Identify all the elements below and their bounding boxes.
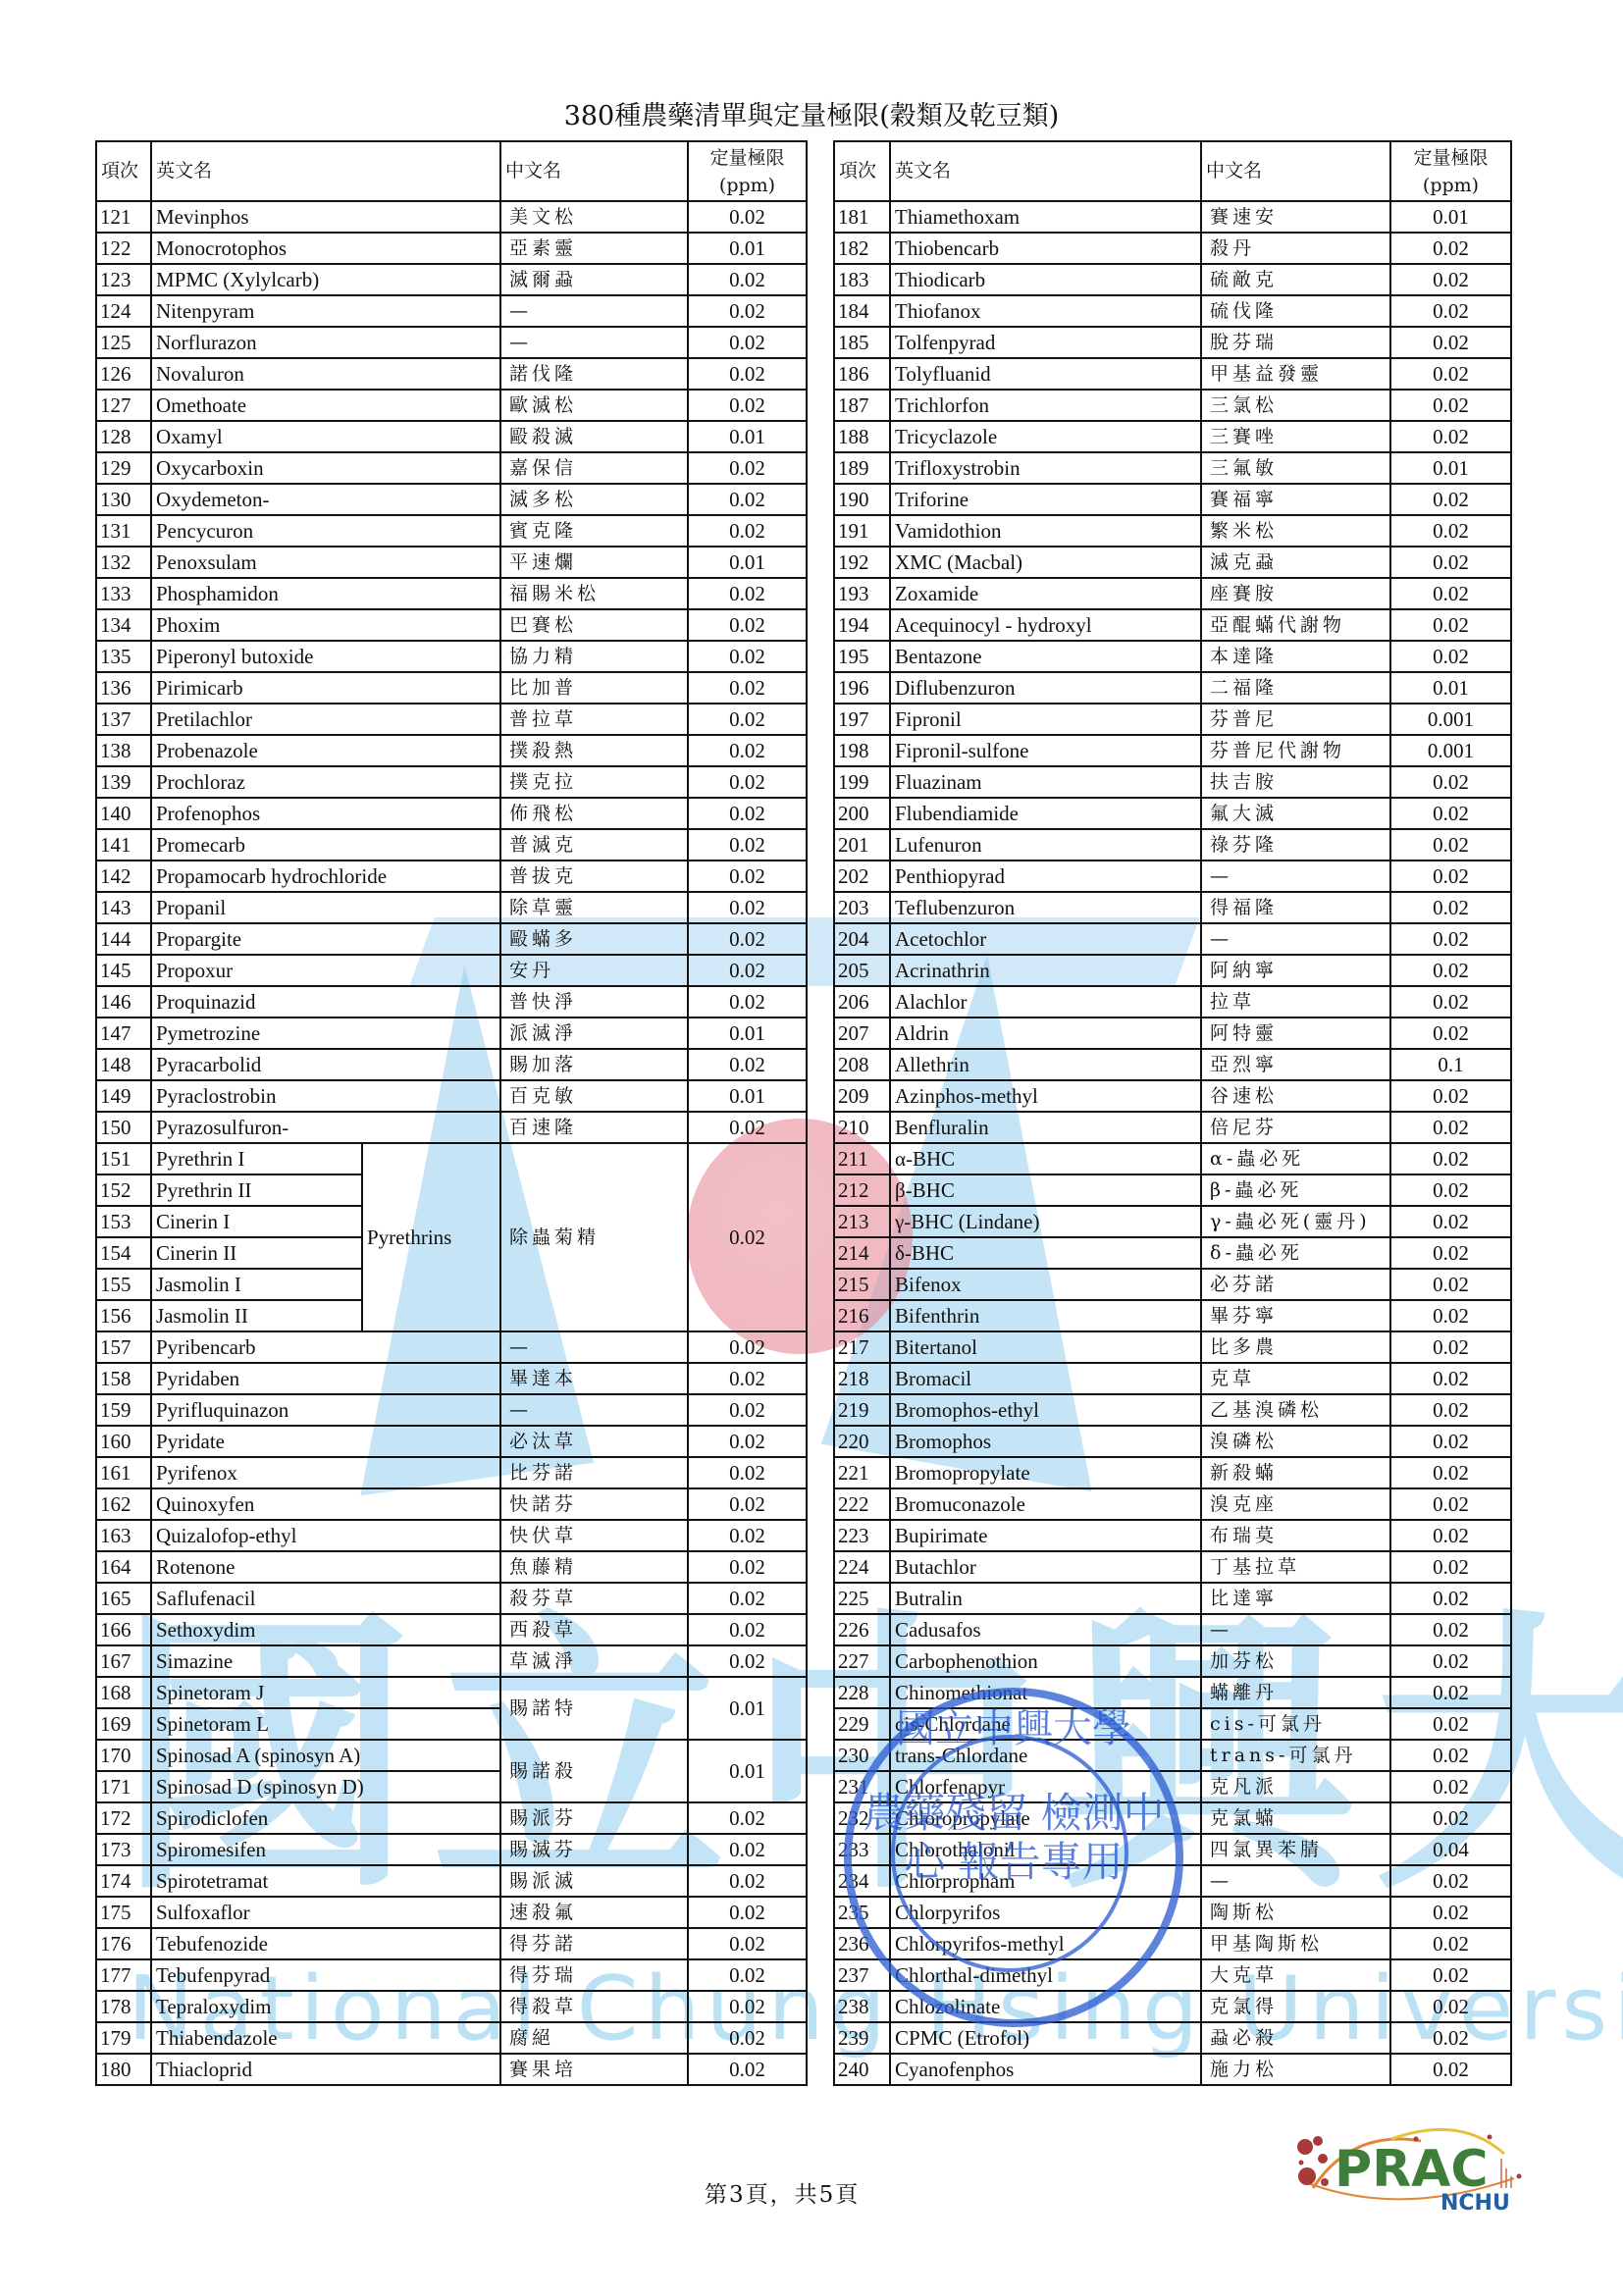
quantitation-limit: 0.02 <box>1390 1080 1511 1112</box>
quantitation-limit: 0.02 <box>688 704 807 735</box>
quantitation-limit: 0.001 <box>1390 704 1511 735</box>
quantitation-limit: 0.02 <box>688 798 807 829</box>
page-number: 第3頁，共5頁 <box>705 2176 860 2209</box>
row-index: 172 <box>96 1802 151 1834</box>
quantitation-limit: 0.02 <box>1390 1457 1511 1488</box>
quantitation-limit: 0.02 <box>1390 1740 1511 1771</box>
chinese-name: 嘉保信 <box>500 452 688 484</box>
quantitation-limit: 0.1 <box>1390 1049 1511 1080</box>
table-row: 139Prochloraz撲克拉0.02 <box>96 766 807 798</box>
chinese-name: 賽福寧 <box>1201 484 1390 515</box>
english-name: Pyribencarb <box>151 1331 500 1363</box>
chinese-name: 亞醌蟎代謝物 <box>1201 609 1390 641</box>
table-header-row: 項次 英文名 中文名 定量極限 (ppm) <box>96 141 807 201</box>
row-index: 180 <box>96 2054 151 2085</box>
chinese-name: 畢達本 <box>500 1363 688 1394</box>
row-index: 207 <box>834 1018 890 1049</box>
header-quantitation-limit: 定量極限 (ppm) <box>1390 141 1511 201</box>
row-index: 224 <box>834 1551 890 1583</box>
english-name: Butachlor <box>890 1551 1201 1583</box>
english-name: Spiromesifen <box>151 1834 500 1865</box>
row-index: 167 <box>96 1645 151 1677</box>
english-name: Chlorothalonil <box>890 1834 1201 1865</box>
quantitation-limit: 0.02 <box>1390 641 1511 672</box>
row-index: 162 <box>96 1488 151 1520</box>
english-name: cis-Chlordane <box>890 1708 1201 1740</box>
english-name: Quinoxyfen <box>151 1488 500 1520</box>
chinese-name: trans-可氯丹 <box>1201 1740 1390 1771</box>
english-name: Pymetrozine <box>151 1018 500 1049</box>
quantitation-limit: 0.02 <box>688 295 807 327</box>
chinese-name: 巴賽松 <box>500 609 688 641</box>
chinese-name: 佈飛松 <box>500 798 688 829</box>
row-index: 158 <box>96 1363 151 1394</box>
table-row: 214δ-BHCδ-蟲必死0.02 <box>834 1237 1511 1269</box>
english-name: Thiodicarb <box>890 264 1201 295</box>
row-index: 130 <box>96 484 151 515</box>
chinese-name: 賜諾特 <box>500 1677 688 1740</box>
table-row: 148Pyracarbolid賜加落0.02 <box>96 1049 807 1080</box>
table-row: 138Probenazole撲殺熱0.02 <box>96 735 807 766</box>
chinese-name: 協力精 <box>500 641 688 672</box>
row-index: 135 <box>96 641 151 672</box>
chinese-name: δ-蟲必死 <box>1201 1237 1390 1269</box>
row-index: 203 <box>834 892 890 923</box>
row-index: 202 <box>834 861 890 892</box>
quantitation-limit: 0.02 <box>688 1112 807 1143</box>
chinese-name: 賽速安 <box>1201 201 1390 233</box>
chinese-name: 除草靈 <box>500 892 688 923</box>
chinese-name: 四氯異苯腈 <box>1201 1834 1390 1865</box>
english-name: Tebufenpyrad <box>151 1959 500 1991</box>
row-index: 212 <box>834 1174 890 1206</box>
row-index: 233 <box>834 1834 890 1865</box>
english-name: Chloropropylate <box>890 1802 1201 1834</box>
chinese-name: 倍尼芬 <box>1201 1112 1390 1143</box>
english-name: Spinetoram J <box>151 1677 500 1708</box>
table-row: 236Chlorpyrifos-methyl甲基陶斯松0.02 <box>834 1928 1511 1959</box>
row-index: 213 <box>834 1206 890 1237</box>
english-name: Bitertanol <box>890 1331 1201 1363</box>
table-row: 222Bromuconazole溴克座0.02 <box>834 1488 1511 1520</box>
table-row: 126Novaluron諾伐隆0.02 <box>96 358 807 390</box>
row-index: 190 <box>834 484 890 515</box>
english-name: Bromopropylate <box>890 1457 1201 1488</box>
quantitation-limit: 0.02 <box>1390 609 1511 641</box>
table-row: 230trans-Chlordanetrans-可氯丹0.02 <box>834 1740 1511 1771</box>
quantitation-limit: 0.02 <box>1390 1174 1511 1206</box>
chinese-name: — <box>1201 861 1390 892</box>
row-index: 179 <box>96 2022 151 2054</box>
table-row: 170Spinosad A (spinosyn A)賜諾殺0.01 <box>96 1740 807 1771</box>
english-name: Tepraloxydim <box>151 1991 500 2022</box>
chinese-name: 得福隆 <box>1201 892 1390 923</box>
english-name: γ-BHC (Lindane) <box>890 1206 1201 1237</box>
english-name: Tolfenpyrad <box>890 327 1201 358</box>
row-index: 209 <box>834 1080 890 1112</box>
quantitation-limit: 0.02 <box>1390 955 1511 986</box>
row-index: 219 <box>834 1394 890 1426</box>
quantitation-limit: 0.01 <box>688 1677 807 1740</box>
row-index: 160 <box>96 1426 151 1457</box>
chinese-name: 賓克隆 <box>500 515 688 547</box>
quantitation-limit: 0.02 <box>1390 986 1511 1018</box>
quantitation-limit: 0.02 <box>1390 798 1511 829</box>
row-index: 214 <box>834 1237 890 1269</box>
row-index: 123 <box>96 264 151 295</box>
row-index: 143 <box>96 892 151 923</box>
chinese-name: 克草 <box>1201 1363 1390 1394</box>
quantitation-limit: 0.02 <box>688 892 807 923</box>
english-name: Azinphos-methyl <box>890 1080 1201 1112</box>
header-limit-unit: (ppm) <box>689 172 806 199</box>
english-name: Penoxsulam <box>151 547 500 578</box>
table-row: 145Propoxur安丹0.02 <box>96 955 807 986</box>
english-name: Pyridaben <box>151 1363 500 1394</box>
chinese-name: α-蟲必死 <box>1201 1143 1390 1174</box>
english-name: Vamidothion <box>890 515 1201 547</box>
table-row: 175Sulfoxaflor速殺氟0.02 <box>96 1897 807 1928</box>
chinese-name: 克氯得 <box>1201 1991 1390 2022</box>
english-name: Fipronil <box>890 704 1201 735</box>
row-index: 210 <box>834 1112 890 1143</box>
quantitation-limit: 0.02 <box>688 1802 807 1834</box>
row-index: 137 <box>96 704 151 735</box>
english-name: Rotenone <box>151 1551 500 1583</box>
table-row: 167Simazine草滅淨0.02 <box>96 1645 807 1677</box>
table-row: 136Pirimicarb比加普0.02 <box>96 672 807 704</box>
quantitation-limit: 0.02 <box>688 861 807 892</box>
row-index: 148 <box>96 1049 151 1080</box>
english-name: Oxamyl <box>151 421 500 452</box>
quantitation-limit: 0.02 <box>1390 766 1511 798</box>
english-name: α-BHC <box>890 1143 1201 1174</box>
table-row: 127Omethoate歐滅松0.02 <box>96 390 807 421</box>
table-row: 192XMC (Macbal)滅克蝨0.02 <box>834 547 1511 578</box>
table-row: 157Pyribencarb—0.02 <box>96 1331 807 1363</box>
quantitation-limit: 0.02 <box>1390 421 1511 452</box>
english-name: Bifenox <box>890 1269 1201 1300</box>
table-row: 227Carbophenothion加芬松0.02 <box>834 1645 1511 1677</box>
chinese-name: — <box>500 327 688 358</box>
table-row: 172Spirodiclofen賜派芬0.02 <box>96 1802 807 1834</box>
english-name: Oxydemeton- <box>151 484 500 515</box>
row-index: 134 <box>96 609 151 641</box>
quantitation-limit: 0.02 <box>1390 390 1511 421</box>
english-name: Chlorpyrifos <box>890 1897 1201 1928</box>
table-row: 123MPMC (Xylylcarb)滅爾蝨0.02 <box>96 264 807 295</box>
quantitation-limit: 0.02 <box>688 1426 807 1457</box>
chinese-name: 賜滅芬 <box>500 1834 688 1865</box>
table-row: 233Chlorothalonil四氯異苯腈0.04 <box>834 1834 1511 1865</box>
row-index: 208 <box>834 1049 890 1080</box>
chinese-name: 毆殺滅 <box>500 421 688 452</box>
quantitation-limit: 0.02 <box>1390 1959 1511 1991</box>
row-index: 132 <box>96 547 151 578</box>
row-index: 150 <box>96 1112 151 1143</box>
english-name: Bifenthrin <box>890 1300 1201 1331</box>
english-name: Lufenuron <box>890 829 1201 861</box>
row-index: 186 <box>834 358 890 390</box>
english-name: Chlozolinate <box>890 1991 1201 2022</box>
quantitation-limit: 0.01 <box>688 233 807 264</box>
table-row: 223Bupirimate布瑞莫0.02 <box>834 1520 1511 1551</box>
quantitation-limit: 0.01 <box>688 1018 807 1049</box>
quantitation-limit: 0.02 <box>688 327 807 358</box>
chinese-name: 得芬瑞 <box>500 1959 688 1991</box>
english-name: CPMC (Etrofol) <box>890 2022 1201 2054</box>
row-index: 225 <box>834 1583 890 1614</box>
english-name: Propoxur <box>151 955 500 986</box>
quantitation-limit: 0.02 <box>1390 1583 1511 1614</box>
chinese-name: 二福隆 <box>1201 672 1390 704</box>
chinese-name: 畢芬寧 <box>1201 1300 1390 1331</box>
chinese-name: 得殺草 <box>500 1991 688 2022</box>
quantitation-limit: 0.02 <box>1390 233 1511 264</box>
english-name: Pyracarbolid <box>151 1049 500 1080</box>
english-name: Chinomethionat <box>890 1677 1201 1708</box>
table-row: 190Triforine賽福寧0.02 <box>834 484 1511 515</box>
table-row: 133Phosphamidon福賜米松0.02 <box>96 578 807 609</box>
row-index: 194 <box>834 609 890 641</box>
row-index: 181 <box>834 201 890 233</box>
chinese-name: 拉草 <box>1201 986 1390 1018</box>
chinese-name: 安丹 <box>500 955 688 986</box>
table-row: 141Promecarb普滅克0.02 <box>96 829 807 861</box>
row-index: 147 <box>96 1018 151 1049</box>
english-name: Novaluron <box>151 358 500 390</box>
quantitation-limit: 0.02 <box>688 609 807 641</box>
row-index: 211 <box>834 1143 890 1174</box>
header-limit-label: 定量極限 <box>689 144 806 172</box>
quantitation-limit: 0.02 <box>688 829 807 861</box>
row-index: 157 <box>96 1331 151 1363</box>
row-index: 121 <box>96 201 151 233</box>
chinese-name: 殺芬草 <box>500 1583 688 1614</box>
row-index: 174 <box>96 1865 151 1897</box>
english-name: Teflubenzuron <box>890 892 1201 923</box>
table-row: 128Oxamyl毆殺滅0.01 <box>96 421 807 452</box>
english-name: Zoxamide <box>890 578 1201 609</box>
table-row: 125Norflurazon—0.02 <box>96 327 807 358</box>
row-index: 142 <box>96 861 151 892</box>
row-index: 189 <box>834 452 890 484</box>
english-name: Acrinathrin <box>890 955 1201 986</box>
chinese-name: 脫芬瑞 <box>1201 327 1390 358</box>
quantitation-limit: 0.02 <box>688 1363 807 1394</box>
quantitation-limit: 0.02 <box>1390 1363 1511 1394</box>
row-index: 238 <box>834 1991 890 2022</box>
chinese-name: — <box>1201 1865 1390 1897</box>
chinese-name: 三賽唑 <box>1201 421 1390 452</box>
table-row: 130Oxydemeton-滅多松0.02 <box>96 484 807 515</box>
chinese-name: 座賽胺 <box>1201 578 1390 609</box>
quantitation-limit: 0.02 <box>1390 1206 1511 1237</box>
english-name: Cyanofenphos <box>890 2054 1201 2085</box>
quantitation-limit: 0.02 <box>1390 861 1511 892</box>
row-index: 156 <box>96 1300 151 1331</box>
chinese-name: 賜加落 <box>500 1049 688 1080</box>
chinese-name: 西殺草 <box>500 1614 688 1645</box>
english-name: Pretilachlor <box>151 704 500 735</box>
row-index: 226 <box>834 1614 890 1645</box>
row-index: 198 <box>834 735 890 766</box>
chinese-name: 福賜米松 <box>500 578 688 609</box>
table-row: 196Diflubenzuron二福隆0.01 <box>834 672 1511 704</box>
chinese-name: 得芬諾 <box>500 1928 688 1959</box>
english-name: Pyrifenox <box>151 1457 500 1488</box>
chinese-name: 蝨必殺 <box>1201 2022 1390 2054</box>
english-name: Bupirimate <box>890 1520 1201 1551</box>
quantitation-limit: 0.02 <box>1390 2054 1511 2085</box>
table-row: 121Mevinphos美文松0.02 <box>96 201 807 233</box>
quantitation-limit: 0.02 <box>688 264 807 295</box>
table-row: 181Thiamethoxam賽速安0.01 <box>834 201 1511 233</box>
english-name: Allethrin <box>890 1049 1201 1080</box>
header-index: 項次 <box>834 141 890 201</box>
chinese-name: 除蟲菊精 <box>500 1143 688 1331</box>
row-index: 163 <box>96 1520 151 1551</box>
quantitation-limit: 0.04 <box>1390 1834 1511 1865</box>
row-index: 131 <box>96 515 151 547</box>
quantitation-limit: 0.02 <box>1390 1426 1511 1457</box>
row-index: 196 <box>834 672 890 704</box>
header-english-name: 英文名 <box>151 141 500 201</box>
row-index: 173 <box>96 1834 151 1865</box>
english-name: Thiofanox <box>890 295 1201 327</box>
english-name: Jasmolin I <box>151 1269 362 1300</box>
chinese-name: 普滅克 <box>500 829 688 861</box>
row-index: 138 <box>96 735 151 766</box>
quantitation-limit: 0.02 <box>688 1991 807 2022</box>
english-name: Pyrazosulfuron- <box>151 1112 500 1143</box>
row-index: 218 <box>834 1363 890 1394</box>
table-row: 232Chloropropylate克氯蟎0.02 <box>834 1802 1511 1834</box>
chinese-name: 三氟敏 <box>1201 452 1390 484</box>
chinese-name: 賜派芬 <box>500 1802 688 1834</box>
quantitation-limit: 0.02 <box>688 923 807 955</box>
table-row: 180Thiacloprid賽果培0.02 <box>96 2054 807 2085</box>
english-name: Thiamethoxam <box>890 201 1201 233</box>
english-name: Propamocarb hydrochloride <box>151 861 500 892</box>
english-name: Cinerin II <box>151 1237 362 1269</box>
row-index: 178 <box>96 1991 151 2022</box>
english-name: Pyrethrin I <box>151 1143 362 1174</box>
english-name: Butralin <box>890 1583 1201 1614</box>
quantitation-limit: 0.02 <box>1390 1018 1511 1049</box>
table-row: 226Cadusafos—0.02 <box>834 1614 1511 1645</box>
row-index: 236 <box>834 1928 890 1959</box>
row-index: 215 <box>834 1269 890 1300</box>
quantitation-limit: 0.02 <box>688 515 807 547</box>
quantitation-limit: 0.02 <box>1390 1300 1511 1331</box>
chinese-name: 克凡派 <box>1201 1771 1390 1802</box>
table-row: 224Butachlor丁基拉草0.02 <box>834 1551 1511 1583</box>
row-index: 145 <box>96 955 151 986</box>
quantitation-limit: 0.02 <box>688 2054 807 2085</box>
row-index: 222 <box>834 1488 890 1520</box>
table-row: 174Spirotetramat賜派滅0.02 <box>96 1865 807 1897</box>
english-name: Mevinphos <box>151 201 500 233</box>
quantitation-limit: 0.02 <box>688 1520 807 1551</box>
row-index: 165 <box>96 1583 151 1614</box>
row-index: 175 <box>96 1897 151 1928</box>
quantitation-limit: 0.02 <box>1390 829 1511 861</box>
table-row: 201Lufenuron祿芬隆0.02 <box>834 829 1511 861</box>
english-name: Carbophenothion <box>890 1645 1201 1677</box>
quantitation-limit: 0.02 <box>1390 1928 1511 1959</box>
quantitation-limit: 0.02 <box>688 2022 807 2054</box>
quantitation-limit: 0.02 <box>1390 1677 1511 1708</box>
table-row: 179Thiabendazole腐絕0.02 <box>96 2022 807 2054</box>
row-index: 159 <box>96 1394 151 1426</box>
chinese-name: 草滅淨 <box>500 1645 688 1677</box>
quantitation-limit: 0.02 <box>688 452 807 484</box>
table-row: 197Fipronil芬普尼0.001 <box>834 704 1511 735</box>
row-index: 125 <box>96 327 151 358</box>
quantitation-limit: 0.02 <box>688 1331 807 1363</box>
table-row: 134Phoxim巴賽松0.02 <box>96 609 807 641</box>
table-row: 182Thiobencarb殺丹0.02 <box>834 233 1511 264</box>
chinese-name: — <box>1201 1614 1390 1645</box>
table-row: 194Acequinocyl - hydroxyl亞醌蟎代謝物0.02 <box>834 609 1511 641</box>
table-row: 177Tebufenpyrad得芬瑞0.02 <box>96 1959 807 1991</box>
english-name: Bromacil <box>890 1363 1201 1394</box>
table-header-row: 項次 英文名 中文名 定量極限 (ppm) <box>834 141 1511 201</box>
row-index: 128 <box>96 421 151 452</box>
logo-main-text: PRAC <box>1335 2140 1489 2199</box>
quantitation-limit: 0.02 <box>1390 1991 1511 2022</box>
table-row: 176Tebufenozide得芬諾0.02 <box>96 1928 807 1959</box>
chinese-name: 溴克座 <box>1201 1488 1390 1520</box>
english-name: Diflubenzuron <box>890 672 1201 704</box>
quantitation-limit: 0.01 <box>1390 672 1511 704</box>
english-name: Phosphamidon <box>151 578 500 609</box>
quantitation-limit: 0.02 <box>1390 923 1511 955</box>
quantitation-limit: 0.02 <box>688 1834 807 1865</box>
table-row: 205Acrinathrin阿納寧0.02 <box>834 955 1511 986</box>
row-index: 129 <box>96 452 151 484</box>
table-row: 185Tolfenpyrad脫芬瑞0.02 <box>834 327 1511 358</box>
row-index: 127 <box>96 390 151 421</box>
quantitation-limit: 0.02 <box>688 986 807 1018</box>
document-title: 380種農藥清單與定量極限(穀類及乾豆類) <box>0 94 1623 132</box>
english-name: Prochloraz <box>151 766 500 798</box>
chinese-name: 賜諾殺 <box>500 1740 688 1802</box>
quantitation-limit: 0.02 <box>1390 1269 1511 1300</box>
row-index: 227 <box>834 1645 890 1677</box>
quantitation-limit: 0.02 <box>1390 892 1511 923</box>
row-index: 197 <box>834 704 890 735</box>
chinese-name: 繁米松 <box>1201 515 1390 547</box>
table-row: 208Allethrin亞烈寧0.1 <box>834 1049 1511 1080</box>
quantitation-limit: 0.02 <box>688 641 807 672</box>
english-name: Oxycarboxin <box>151 452 500 484</box>
english-name: Trichlorfon <box>890 390 1201 421</box>
table-row: 184Thiofanox硫伐隆0.02 <box>834 295 1511 327</box>
chinese-name: 氟大滅 <box>1201 798 1390 829</box>
table-row: 209Azinphos-methyl谷速松0.02 <box>834 1080 1511 1112</box>
english-name: Fluazinam <box>890 766 1201 798</box>
table-row: 213γ-BHC (Lindane)γ-蟲必死(靈丹)0.02 <box>834 1206 1511 1237</box>
chinese-name: 比達寧 <box>1201 1583 1390 1614</box>
row-index: 183 <box>834 264 890 295</box>
english-name: β-BHC <box>890 1174 1201 1206</box>
table-row: 203Teflubenzuron得福隆0.02 <box>834 892 1511 923</box>
english-name: Alachlor <box>890 986 1201 1018</box>
group-english-name: Pyrethrins <box>362 1143 500 1331</box>
row-index: 166 <box>96 1614 151 1645</box>
